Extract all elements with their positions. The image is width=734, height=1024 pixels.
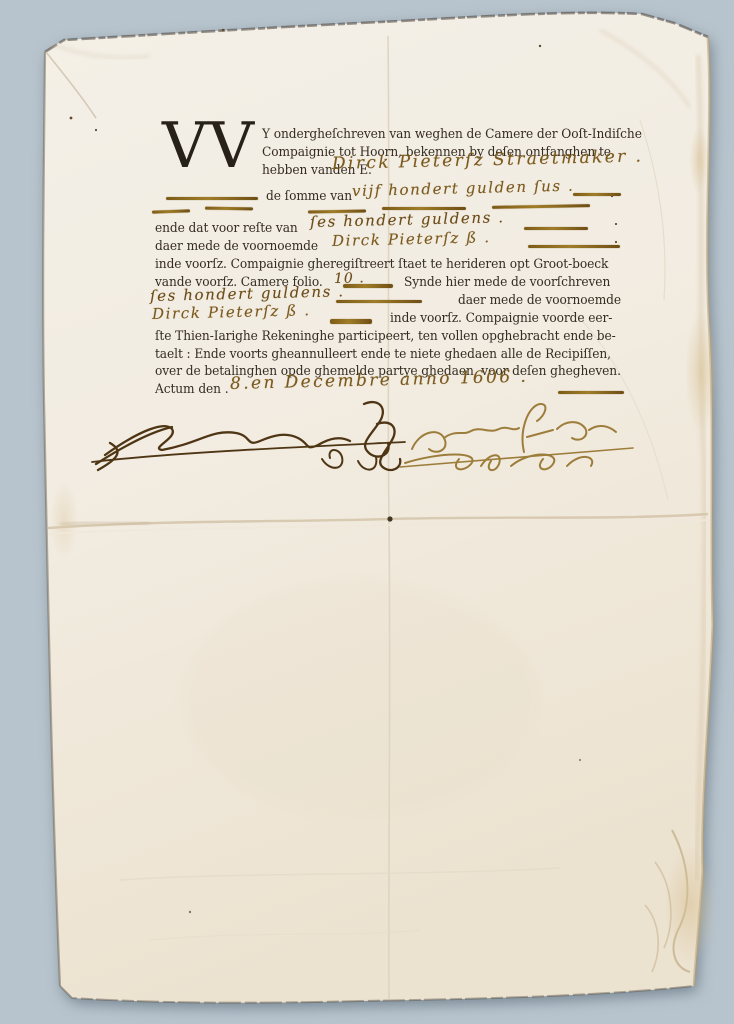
handwritten-name-3: Dirck Pieterſz ß . [152,301,311,323]
ink-rule [343,284,393,288]
drop-cap-initial: VV [162,118,255,175]
ink-rule [382,207,466,210]
ink-rule [152,209,190,213]
printed-line-6: daer mede de voornoemde [155,238,318,253]
printed-line-11: ſte Thien-Iarighe Rekeninghe participeer… [155,328,616,343]
printed-line-14: Actum den . [155,381,229,396]
ink-rule [558,391,624,394]
photograph-background: VV Y ondergheſchreven van weghen de Came… [0,0,734,1024]
ink-rule [524,227,588,230]
printed-line-12: taelt : Ende voorts gheannulleert ende t… [155,346,611,361]
ink-rule [336,300,422,303]
printed-line-9: daer mede de voornoemde [458,292,621,307]
printed-line-10: inde voorſz. Compaignie voorde eer- [390,310,612,325]
ink-rule [166,197,258,200]
ink-rule [205,207,253,211]
ink-rule [492,204,590,209]
printed-line-5: ende dat voor reſte van [155,220,298,235]
ink-rule [330,319,372,324]
handwritten-sum: vijf hondert gulden ſus . [352,177,575,200]
printed-line-7: inde voorſz. Compaignie gheregiſtreert ſ… [155,256,608,271]
handwritten-sum-2: ſes hondert guldens . [150,282,345,305]
handwritten-name-2: Dirck Pieterſz ß . [332,228,491,250]
printed-line-1: Y ondergheſchreven van weghen de Camere … [262,126,642,141]
ink-rule [573,193,621,196]
printed-line-4: de ſomme van [266,188,352,203]
ink-rule [528,245,620,248]
document-text: VV Y ondergheſchreven van weghen de Came… [0,0,734,1024]
printed-line-8b: Synde hier mede de voorſchreven [404,274,610,289]
